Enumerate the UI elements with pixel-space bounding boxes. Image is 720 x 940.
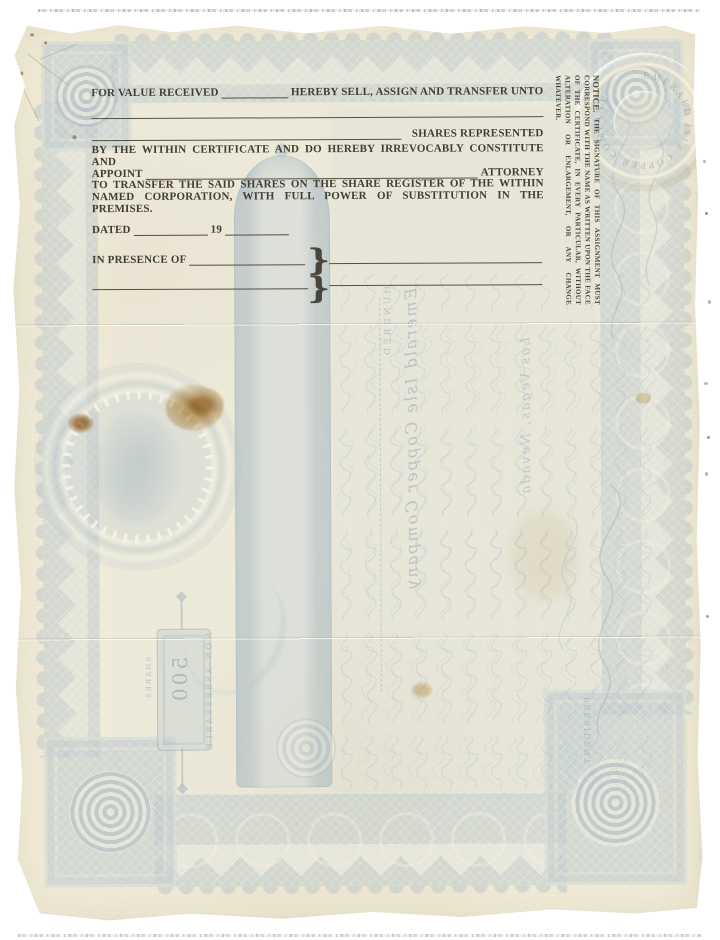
shares-represented-label: SHARES REPRESENTED: [412, 127, 544, 140]
witness-row: IN PRESENCE OF: [92, 252, 308, 266]
assignee-line: [91, 103, 543, 119]
signature-line-1: [329, 249, 542, 264]
scan-speck: [704, 382, 708, 385]
in-presence-of-label: IN PRESENCE OF: [92, 254, 187, 266]
brace-lower: }: [307, 274, 331, 304]
stain-small-brown: [68, 413, 94, 433]
year-prefix: 19: [211, 224, 222, 236]
stain-faint-yellow: [510, 511, 576, 599]
scan-speck: [708, 300, 711, 304]
dated-row: DATED 19: [92, 222, 292, 236]
shares-count-line: [92, 127, 402, 141]
corner-speck: [73, 135, 77, 139]
for-value-received-label: FOR VALUE RECEIVED: [91, 87, 218, 100]
corner-speck: [30, 33, 34, 36]
hereby-sell-label: HEREBY SELL, ASSIGN AND TRANSFER UNTO: [291, 85, 543, 98]
dated-line: [134, 223, 208, 236]
certificate-back-paper: Emerald Isle Copper Company Las Vegas, N…: [8, 14, 704, 923]
scan-speck: [707, 436, 710, 439]
notice-block: NOTICE. THE SIGNATURE OF THIS ASSIGNMENT…: [548, 75, 601, 305]
corner-speck: [44, 41, 47, 44]
signature-line-2: [329, 271, 542, 286]
stain-edge-spot: [636, 393, 651, 404]
scan-speck: [706, 615, 709, 618]
scan-speck: [705, 472, 708, 476]
constitute-clause: BY THE WITHIN CERTIFICATE AND DO HEREBY …: [92, 142, 544, 168]
witness-line-2: [92, 275, 308, 290]
scanner-noise-top: [38, 9, 700, 12]
corner-speck: [20, 71, 23, 75]
scan-background: Emerald Isle Copper Company Las Vegas, N…: [0, 0, 720, 940]
notice-heading: NOTICE.: [591, 75, 601, 113]
value-received-row: FOR VALUE RECEIVED HEREBY SELL, ASSIGN A…: [91, 84, 543, 99]
holder-name-line: [222, 85, 288, 98]
witness-line-1: [190, 252, 306, 266]
premises-clause: NAMED CORPORATION, WITH FULL POWER OF SU…: [92, 189, 544, 215]
scan-speck: [705, 212, 708, 215]
scanner-noise-bottom: [18, 934, 702, 937]
dated-label: DATED: [92, 224, 131, 236]
year-line: [225, 222, 289, 235]
stain-small-tan: [411, 682, 433, 699]
shares-row: SHARES REPRESENTED: [92, 126, 544, 141]
scan-speck: [703, 160, 706, 163]
